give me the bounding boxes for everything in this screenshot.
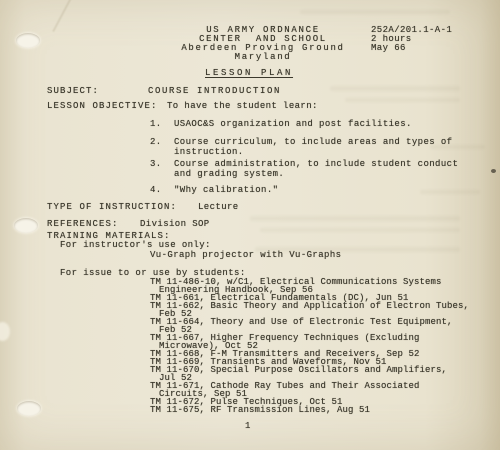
bleed-through-smudge [260,228,460,232]
bleed-through-smudge [330,86,460,91]
bleed-through-smudge [345,98,460,102]
objective-label: LESSON OBJECTIVE: [47,102,158,111]
objective-number: 3. [150,160,162,169]
objective-text: Course administration, to include studen… [174,160,458,169]
references-value: Division SOP [140,220,210,229]
instructor-item: Vu-Graph projector with Vu-Graphs [150,251,341,260]
paper-crease [52,0,73,32]
instruction-type-value: Lecture [198,203,239,212]
tm-item-line: TM 11-664, Theory and Use of Electronic … [150,318,453,327]
hole-punch [17,401,41,416]
objective-text: USAOC&S organization and post facilities… [174,120,412,129]
tm-item-line: TM 11-675, RF Transmission Lines, Aug 51 [150,406,370,415]
page-title: LESSON PLAN [205,69,293,78]
instruction-type-label: TYPE OF INSTRUCTION: [47,203,177,212]
ink-speck [491,169,496,173]
bleed-through-smudge [250,216,460,221]
doc-date: May 66 [371,44,406,53]
tm-item-line: TM 11-670, Special Purpose Oscillators a… [150,366,447,375]
objective-text: "Why calibration." [174,186,278,195]
instructor-use-heading: For instructor's use only: [60,241,211,250]
document-page: US ARMY ORDNANCE CENTER AND SCHOOL Aberd… [0,0,500,450]
subject-label: SUBJECT: [47,87,99,96]
objective-number: 1. [150,120,162,129]
org-location-line: Maryland [120,53,406,62]
hole-punch [16,33,40,48]
references-label: REFERENCES: [47,220,119,229]
page-number: 1 [245,422,251,431]
paper-blemish [0,322,10,341]
objective-text: instruction. [174,148,244,157]
objective-text: and grading system. [174,170,284,179]
objective-number: 4. [150,186,162,195]
bleed-through-smudge [300,10,450,14]
objective-number: 2. [150,138,162,147]
objective-text: Course curriculum, to include areas and … [174,138,452,147]
bleed-through-smudge [420,190,480,194]
objective-intro: To have the student learn: [167,102,318,111]
hole-punch [14,218,38,233]
subject-value: COURSE INTRODUCTION [148,87,281,96]
tm-item-line: TM 11-662, Basic Theory and Application … [150,302,469,311]
